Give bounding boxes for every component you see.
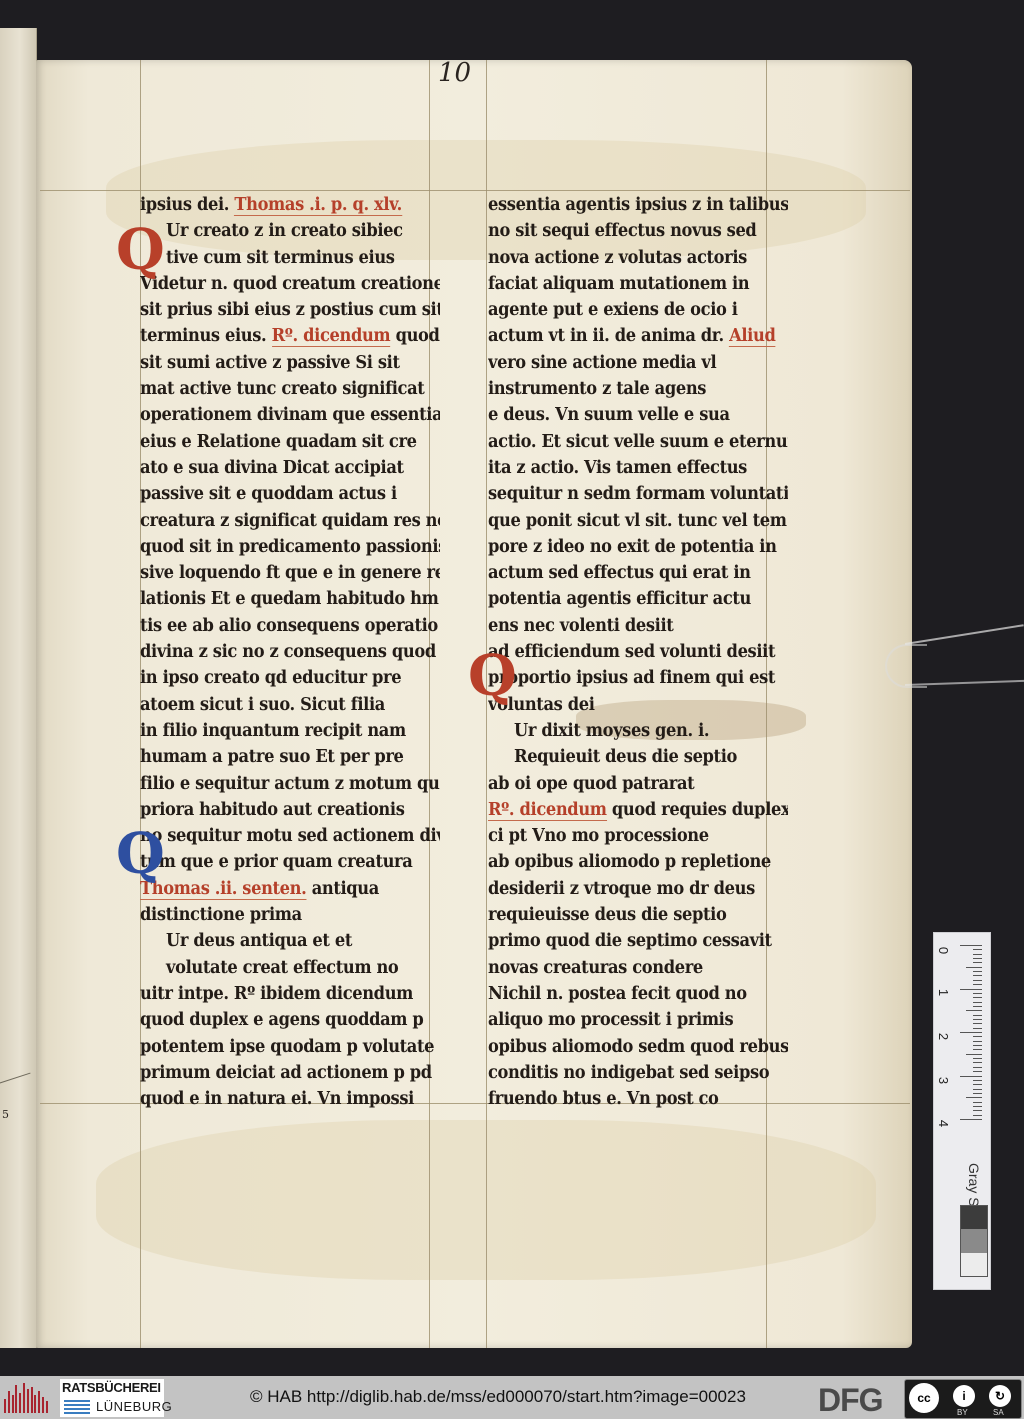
manuscript-line: quod e in natura ei. Vn impossi xyxy=(140,1086,419,1112)
gray-swatch xyxy=(961,1229,987,1252)
manuscript-line: sive loquendo ft que e in genere re xyxy=(140,560,419,586)
manuscript-line: e deus. Vn suum velle e sua xyxy=(488,402,767,428)
manuscript-line: no sit sequi effectus novus sed xyxy=(488,218,767,244)
manuscript-line: Videtur n. quod creatum creatione xyxy=(140,271,419,297)
ruler-tick xyxy=(973,1036,982,1037)
manuscript-line: distinctione prima xyxy=(140,902,419,928)
manuscript-line: Ur deus antiqua et et xyxy=(140,928,419,954)
ruler-tick xyxy=(973,962,982,963)
manuscript-line: no sequitur motu sed actionem divina xyxy=(140,823,419,849)
manuscript-line: sequitur n sedm formam voluntatis xyxy=(488,481,767,507)
by-label: BY xyxy=(957,1408,968,1417)
ruler-tick xyxy=(973,1084,982,1085)
ruler-tick xyxy=(973,984,982,985)
rubric: Rº. dicendum xyxy=(488,800,607,821)
ruler-tick xyxy=(973,1023,982,1024)
ruler-tick xyxy=(973,1019,982,1020)
ruler-number: 3 xyxy=(936,1077,951,1084)
ruler-tick xyxy=(973,1110,982,1111)
folio-number: 10 xyxy=(438,58,471,88)
ruler-tick xyxy=(973,1002,982,1003)
manuscript-line: atoem sicut i suo. Sicut filia xyxy=(140,692,419,718)
ruler-tick xyxy=(973,980,982,981)
ruler-tick xyxy=(973,1067,982,1068)
manuscript-line: instrumento z tale agens xyxy=(488,376,767,402)
ruler-tick xyxy=(966,1054,982,1055)
manuscript-line: in ipso creato qd educitur pre xyxy=(140,665,419,691)
manuscript-line: primum deiciat ad actionem p pd xyxy=(140,1060,419,1086)
manuscript-line: tis ee ab alio consequens operatio xyxy=(140,613,419,639)
ruler-tick xyxy=(960,1032,982,1033)
manuscript-line: sit prius sibi eius z postius cum sit xyxy=(140,297,419,323)
manuscript-line: quod sit in predicamento passionis xyxy=(140,534,419,560)
manuscript-line: aliquo mo processit i primis xyxy=(488,1007,767,1033)
manuscript-line: desiderii z vtroque mo dr deus xyxy=(488,876,767,902)
gray-swatch xyxy=(961,1253,987,1276)
footer-bar: RATSBÜCHEREI LÜNEBURG © HAB http://digli… xyxy=(0,1376,1024,1419)
decorated-initial-red: Q xyxy=(468,648,517,704)
ruler-tick xyxy=(973,1071,982,1072)
ruler-tick xyxy=(973,954,982,955)
manuscript-line: nova actione z volutas actoris xyxy=(488,245,767,271)
book-icon xyxy=(64,1400,90,1414)
rubric: Aliud xyxy=(729,326,775,347)
ruler-tick xyxy=(973,993,982,994)
manuscript-line: agente put e exiens de ocio i xyxy=(488,297,767,323)
decorated-initial-red: Q xyxy=(116,222,165,278)
manuscript-line: potentem ipse quodam p volutate xyxy=(140,1034,419,1060)
manuscript-line: potentia agentis efficitur actu xyxy=(488,586,767,612)
ruler-tick xyxy=(973,958,982,959)
ruler-tick xyxy=(973,949,982,950)
scale-ruler: 0 1 2 3 4 Gray Scale xyxy=(933,932,991,1290)
rubric: Thomas .ii. senten. xyxy=(140,879,306,900)
manuscript-line: mat active tunc creato significat xyxy=(140,376,419,402)
ruler-tick xyxy=(973,975,982,976)
manuscript-line: sit sumi active z passive Si sit xyxy=(140,350,419,376)
manuscript-line: requieuisse deus die septio xyxy=(488,902,767,928)
manuscript-line: Nichil n. postea fecit quod no xyxy=(488,981,767,1007)
manuscript-line: Requieuit deus die septio xyxy=(488,744,767,770)
cc-icon: cc xyxy=(909,1383,939,1413)
ruler-tick xyxy=(973,997,982,998)
manuscript-line: ci pt Vno mo processione xyxy=(488,823,767,849)
text-column-left: ipsius dei. Thomas .i. p. q. xlv.Ur crea… xyxy=(140,192,440,1112)
manuscript-line: uitr intpe. Rº ibidem dicendum xyxy=(140,981,419,1007)
ruler-tick xyxy=(973,1080,982,1081)
manuscript-line: lationis Et e quedam habitudo hm xyxy=(140,586,419,612)
manuscript-line: proportio ipsius ad finem qui est xyxy=(488,665,767,691)
ruler-tick xyxy=(973,1093,982,1094)
dfg-logo[interactable]: DFG xyxy=(818,1382,883,1419)
sa-label: SA xyxy=(993,1408,1004,1417)
manuscript-line: actum sed effectus qui erat in xyxy=(488,560,767,586)
rubric: Thomas .i. p. q. xlv. xyxy=(234,195,402,216)
rubric: Rº. dicendum xyxy=(272,326,391,347)
library-logo[interactable]: RATSBÜCHEREI LÜNEBURG xyxy=(60,1379,164,1417)
manuscript-line: actio. Et sicut velle suum e eternum xyxy=(488,429,767,455)
ruler-number: 4 xyxy=(936,1120,951,1127)
gray-scale-swatches xyxy=(960,1205,988,1277)
manuscript-line: ad efficiendum sed volunti desiit xyxy=(488,639,767,665)
manuscript-line: voluntas dei xyxy=(488,692,767,718)
left-page-curve xyxy=(0,1073,40,1115)
ruler-tick xyxy=(973,971,982,972)
gray-swatch xyxy=(961,1206,987,1229)
manuscript-line: humam a patre suo Et per pre xyxy=(140,744,419,770)
ruler-tick xyxy=(966,1010,982,1011)
manuscript-line: conditis no indigebat sed seipso xyxy=(488,1060,767,1086)
cc-license-badge[interactable]: cc i ↻ BY SA xyxy=(904,1379,1022,1419)
manuscript-line: que ponit sicut vl sit. tunc vel tem xyxy=(488,508,767,534)
manuscript-line: creatura z significat quidam res no xyxy=(140,508,419,534)
ruler-tick xyxy=(973,1015,982,1016)
ruler-tick xyxy=(973,1045,982,1046)
attribution-icon: i xyxy=(953,1385,975,1407)
ruler-tick xyxy=(973,1006,982,1007)
library-name-bottom: LÜNEBURG xyxy=(96,1399,172,1414)
ruler-tick xyxy=(966,967,982,968)
manuscript-line: tive cum sit terminus eius xyxy=(140,245,419,271)
clip-wire xyxy=(905,624,1024,644)
manuscript-line: in filio inquantum recipit nam xyxy=(140,718,419,744)
library-name-top: RATSBÜCHEREI xyxy=(62,1380,161,1395)
ruler-tick xyxy=(973,1041,982,1042)
ruler-tick xyxy=(973,1028,982,1029)
manuscript-line: ipsius dei. Thomas .i. p. q. xlv. xyxy=(140,192,419,218)
manuscript-line: pore z ideo no exit de potentia in xyxy=(488,534,767,560)
ruler-number: 0 xyxy=(936,947,951,954)
ruler-tick xyxy=(960,989,982,990)
manuscript-line: Ur dixit moyses gen. i. xyxy=(488,718,767,744)
manuscript-line: ato e sua divina Dicat accipiat xyxy=(140,455,419,481)
ruler-tick xyxy=(973,1058,982,1059)
share-alike-icon: ↻ xyxy=(989,1385,1011,1407)
manuscript-line: fruendo btus e. Vn post co xyxy=(488,1086,767,1112)
manuscript-line: Ur creato z in creato sibiec xyxy=(140,218,419,244)
manuscript-viewer: 5 10 ipsius dei. Thomas .i. p. q. xlv.Ur… xyxy=(0,0,1024,1376)
manuscript-line: quod duplex e agens quoddam p xyxy=(140,1007,419,1033)
manuscript-line: ita z actio. Vis tamen effectus xyxy=(488,455,767,481)
manuscript-line: tum que e prior quam creatura xyxy=(140,849,419,875)
manuscript-line: ab opibus aliomodo p repletione xyxy=(488,849,767,875)
copyright-link[interactable]: © HAB http://diglib.hab.de/mss/ed000070/… xyxy=(250,1387,746,1407)
page-clip xyxy=(885,640,1024,688)
ruler-tick xyxy=(973,1115,982,1116)
left-facing-page: 5 xyxy=(0,28,37,1348)
ruler-tick xyxy=(966,1097,982,1098)
decorated-initial-blue: Q xyxy=(116,826,165,882)
manuscript-line: ab oi ope quod patrarat xyxy=(488,771,767,797)
ruler-number: 2 xyxy=(936,1033,951,1040)
manuscript-line: passive sit e quoddam actus i xyxy=(140,481,419,507)
manuscript-line: Rº. dicendum quod requies duplex di xyxy=(488,797,767,823)
manuscript-line: vero sine actione media vl xyxy=(488,350,767,376)
ruler-tick xyxy=(973,1106,982,1107)
ratsbuecherei-logo-icon xyxy=(4,1380,50,1415)
ruler-tick xyxy=(973,1102,982,1103)
manuscript-line: divina z sic no z consequens quod sit xyxy=(140,639,419,665)
ruler-tick xyxy=(960,945,982,946)
ruler-tick xyxy=(973,1049,982,1050)
ruling-line xyxy=(40,190,910,191)
manuscript-line: faciat aliquam mutationem in xyxy=(488,271,767,297)
ruler-tick xyxy=(960,1076,982,1077)
manuscript-line: novas creaturas condere xyxy=(488,955,767,981)
manuscript-line: primo quod die septimo cessavit xyxy=(488,928,767,954)
manuscript-line: priora habitudo aut creationis xyxy=(140,797,419,823)
ruler-tick xyxy=(973,1062,982,1063)
manuscript-line: eius e Relatione quadam sit cre xyxy=(140,429,419,455)
manuscript-line: operationem divinam que essentia xyxy=(140,402,419,428)
ruler-tick xyxy=(960,1119,982,1120)
text-column-right: essentia agentis ipsius z in talibusno s… xyxy=(488,192,788,1112)
clip-loop xyxy=(885,644,927,688)
ruler-tick xyxy=(973,1089,982,1090)
manuscript-line: filio e sequitur actum z motum quod sit xyxy=(140,771,419,797)
manuscript-line: volutate creat effectum no xyxy=(140,955,419,981)
manuscript-line: actum vt in ii. de anima dr. Aliud xyxy=(488,323,767,349)
manuscript-line: opibus aliomodo sedm quod rebus xyxy=(488,1034,767,1060)
manuscript-line: essentia agentis ipsius z in talibus xyxy=(488,192,767,218)
ruler-number: 1 xyxy=(936,989,951,996)
manuscript-line: Thomas .ii. senten. antiqua xyxy=(140,876,419,902)
manuscript-line: ens nec volenti desiit xyxy=(488,613,767,639)
manuscript-line: terminus eius. Rº. dicendum quod creato xyxy=(140,323,419,349)
